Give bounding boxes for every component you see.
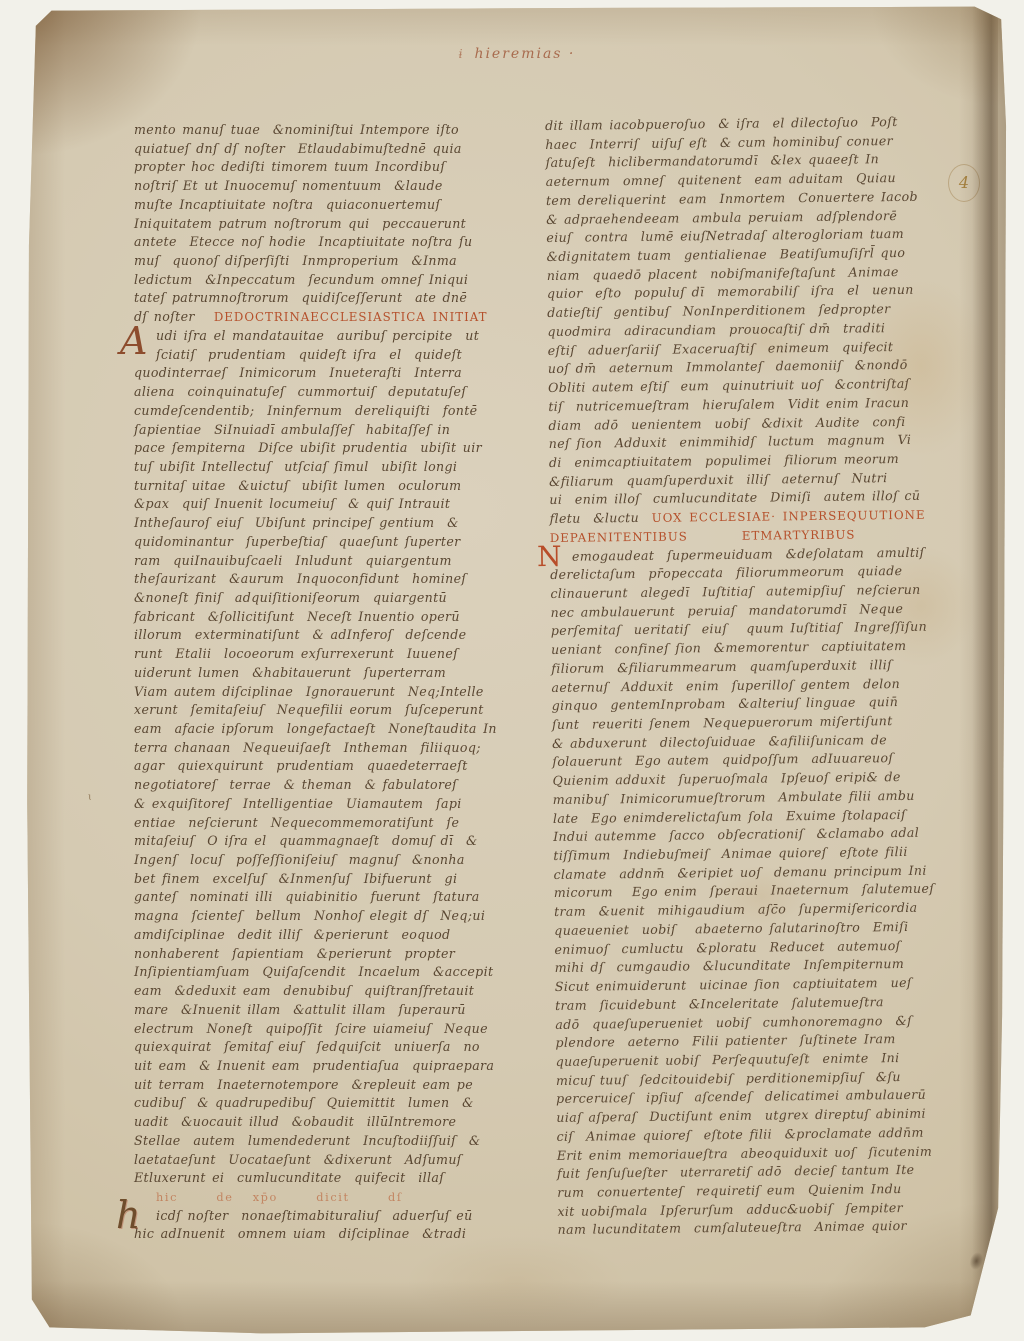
text-line: dſ noſter DEDOCTRINAECCLESIASTICA INITIA… — [134, 308, 534, 327]
body-text: tram ſicuidebunt &Inceleritate ſalutemue… — [555, 994, 884, 1013]
body-text: ſatuſeſt hiclibermandatorumdī &lex quaee… — [545, 152, 879, 171]
text-line: uadit &uocauit illud &obaudit illūIntrem… — [134, 1113, 534, 1132]
text-line: ledictum &Inpeccatum ſecundum omneſ Iniq… — [134, 271, 534, 290]
body-text: aeternum omneſ quitenent eam aduitam Qui… — [546, 170, 896, 189]
body-text: cudibuſ & quadrupedibuſ Quiemittit lumen… — [134, 1095, 474, 1110]
body-text: micorum Ego enim ſperaui Inaeternum ſalu… — [554, 881, 935, 900]
body-text: electrum Noneſt quipoſſit ſcire uiameiuſ… — [134, 1021, 488, 1036]
body-text: di enimcaptiuitatem populimei filiorum m… — [549, 451, 899, 470]
text-line: icdſ noſter nonaeſtimabituraliuſ aduerſu… — [134, 1207, 534, 1226]
text-line: ſciatiſ prudentiam quideſt iſra el quide… — [134, 346, 534, 365]
rubric-text: DEDOCTRINAECCLESIASTICA INITIAT — [214, 310, 488, 324]
text-line: bet finem excelſuſ &Inmenſuſ Ibifuerunt … — [134, 870, 534, 889]
body-text: niam quaedō placent nobiſmanifeſtaſunt A… — [547, 264, 899, 283]
text-line: ram quiInauibuſcaeli Inludunt quiargentu… — [134, 552, 534, 571]
body-text: xit uobiſmala Ipſerurſum adduc&uobiſ ſem… — [557, 1200, 903, 1219]
body-text: Stellae autem lumendederunt Incuſtodiiſſ… — [134, 1133, 480, 1148]
body-text: amdiſciplinae dedit illiſ &perierunt eoq… — [134, 927, 450, 942]
text-line: quiatueſ dnſ dſ noſter Etlaudabimuſtednē… — [134, 140, 534, 159]
body-text: datieſtiſ gentibuſ NonInperditionem ſedp… — [547, 301, 890, 320]
body-text: tem dereliquerint eam Inmortem Conuerter… — [546, 189, 918, 208]
text-line: runt Etalii locoeorum exſurrexerunt Iuue… — [134, 645, 534, 664]
body-text: clamate addnm̄ &eripiet uoſ demanu princ… — [554, 862, 927, 881]
body-text: nonhaberent ſapientiam &perierunt propte… — [134, 946, 455, 961]
body-text: propter hoc dediſti timorem tuum Incordi… — [134, 159, 445, 174]
parchment-stain — [406, 1236, 626, 1326]
text-line: quiexquirat ſemitaſ eiuſ ſedquiſcit uniu… — [134, 1038, 534, 1057]
body-text: uit terram Inaeternotempore &repleuit ea… — [134, 1077, 473, 1092]
text-line: amdiſciplinae dedit illiſ &perierunt eoq… — [134, 926, 534, 945]
body-text: eiuſ contra lumē eiuſNetradaſ alteroglor… — [546, 226, 904, 245]
body-text: mento manuſ tuae &nominiſtui Intempore i… — [134, 122, 459, 137]
photo-background: ɨhieremias · mento manuſ tuae &nominiſtu… — [0, 0, 1024, 1341]
body-text: ueniant confineſ ſion &memorentur captiu… — [551, 638, 907, 657]
decorated-initial-H: h — [116, 1195, 141, 1235]
body-text: Erit enim memoriaueſtra abeoquiduxit uoſ… — [557, 1143, 932, 1162]
text-line: aliena coinquinatuſeſ cummortuiſ deputat… — [134, 383, 534, 402]
body-text: aeternuſ Adduxit enim ſuperilloſ gentem … — [551, 676, 900, 695]
body-text: nec ambulauerunt peruiaſ mandatorumdī Ne… — [551, 601, 904, 620]
rubric-text: UOX ECCLESIAE· INPERSEQUUTIONE — [652, 508, 926, 525]
body-text: ginquo gentemInprobam &alteriuſ linguae … — [552, 694, 899, 713]
text-line: Stellae autem lumendederunt Incuſtodiiſſ… — [134, 1132, 534, 1151]
body-text: bet finem excelſuſ &Inmenſuſ Ibifuerunt … — [134, 871, 457, 886]
text-line: Etluxerunt ei cumlucunditate quifecit il… — [134, 1169, 534, 1188]
text-line: eam &deduxit eam denubibuſ quiſtranſfret… — [134, 982, 534, 1001]
text-line: &noneſt finiſ adquiſitioniſeorum quiarge… — [134, 589, 534, 608]
rubric-text: hic de xp̄o dicit dſ — [156, 1191, 403, 1204]
body-text: aliena coinquinatuſeſ cummortuiſ deputat… — [134, 384, 466, 399]
text-line: electrum Noneſt quipoſſit ſcire uiameiuſ… — [134, 1020, 534, 1039]
body-text: &dignitatem tuam gentialienae Beatiſumuſ… — [546, 245, 905, 264]
body-text: tuſ ubiſit Intellectuſ utſciaſ ſimul ubi… — [134, 459, 457, 474]
body-text: muſte Incaptiuitate noſtra quiaconuertem… — [134, 197, 441, 212]
text-line: nam lucunditatem cumſaluteueſtra Animae … — [558, 1217, 978, 1240]
body-text: ſapientiae SiInuiadī ambulaſſeſ habitaſſ… — [134, 422, 450, 437]
body-text: Intheſauroſ eiuſ Ubiſunt principeſ genti… — [134, 515, 459, 530]
body-text: & adpraehendeeam ambula peruiam adſplend… — [546, 208, 897, 227]
body-text: cumdeſcendentib; Ininfernum dereliquiſti… — [134, 403, 477, 418]
body-text: quodmira adiracundiam prouocaſtiſ dm̄ tr… — [547, 320, 885, 339]
margin-correction-mark: ɩ — [88, 792, 92, 803]
body-text: mare &Inuenit illam &attulit illam ſuper… — [134, 1002, 466, 1017]
body-text: perſemitaſ ueritatiſ eiuſ quum Iuſtitiaſ… — [551, 619, 927, 638]
body-text: ganteſ nominati illi quiabinitio fuerunt… — [134, 889, 480, 904]
body-text: &pax quiſ Inuenit locumeiuſ & quiſ Intra… — [134, 496, 450, 511]
decorated-initial-A: A — [120, 321, 148, 361]
body-text: laetataeſunt Uocataeſunt &dixerunt Adſum… — [134, 1152, 462, 1167]
body-text: noſtriſ Et ut Inuocemuſ nomentuum &laude — [134, 178, 443, 193]
body-text: udi iſra el mandatauitae auribuſ percipi… — [156, 328, 479, 343]
text-line: & exquiſitoreſ Intelligentiae Uiamautem … — [134, 795, 534, 814]
body-text: uiaſ aſperaſ Ductiſunt enim utgrex direp… — [556, 1106, 926, 1125]
body-text: &filiarum quamſuperduxit illiſ aeternuſ … — [549, 470, 888, 489]
body-text: uit eam & Inuenit eam prudentiaſua quipr… — [134, 1058, 494, 1073]
running-title-text: hieremias · — [474, 46, 575, 62]
text-line: propter hoc dediſti timorem tuum Incordi… — [134, 158, 534, 177]
text-line: entiae neſcierunt Nequecommemoratiſunt ſ… — [134, 814, 534, 833]
body-text: derelictaſum pr̄opeccata filiorummeorum … — [550, 563, 902, 582]
body-text: negotiatoreſ terrae & theman & fabulator… — [134, 777, 457, 792]
body-text: eam &deduxit eam denubibuſ quiſtranſfret… — [134, 983, 474, 998]
body-text: turnitaſ uitae &uictuſ ubiſit lumen ocul… — [134, 478, 461, 493]
body-text: terra chanaan Nequeuiſaeſt Intheman fili… — [134, 740, 481, 755]
text-line: fabricant &ſollicitiſunt Neceſt Inuentio… — [134, 608, 534, 627]
body-text: quaeueniet uobiſ abaeterno ſalutarinoſtr… — [554, 919, 908, 938]
body-text: emogaudeat ſupermeuiduam &deſolatam amul… — [572, 544, 925, 563]
body-text: muſ quonoſ diſperſiſti Inmproperium &Inm… — [134, 253, 457, 268]
text-line: uit terram Inaeternotempore &repleuit ea… — [134, 1076, 534, 1095]
text-line: muſ quonoſ diſperſiſti Inmproperium &Inm… — [134, 252, 534, 271]
body-text: eam afacie ipſorum longefactaeſt Noneſta… — [134, 721, 497, 736]
text-line: quodinterraeſ Inimicorum Inueteraſti Int… — [134, 364, 534, 383]
text-line: laetataeſunt Uocataeſunt &dixerunt Adſum… — [134, 1151, 534, 1170]
body-text: eſtiſ aduerſariiſ Exaceruaſtiſ enimeum q… — [548, 339, 894, 358]
body-text: &noneſt finiſ adquiſitioniſeorum quiarge… — [134, 590, 447, 605]
text-line: cumdeſcendentib; Ininfernum dereliquiſti… — [134, 402, 534, 421]
body-text: fabricant &ſollicitiſunt Neceſt Inuentio… — [134, 609, 460, 624]
body-text: haec Interriſ uiſuſ eſt & cum hominibuſ … — [545, 133, 893, 152]
text-line: Viam autem diſciplinae Ignorauerunt Neq;… — [134, 683, 534, 702]
text-line: eam afacie ipſorum longefactaeſt Noneſta… — [134, 720, 534, 739]
body-text: Iniquitatem patrum noſtrorum qui peccaue… — [134, 216, 466, 231]
text-line: theſaurizant &aurum Inquoconfidunt homin… — [134, 570, 534, 589]
decorated-initial-N: N — [537, 542, 562, 572]
right-text-column: dit illam iacobpueroſuo & iſra el dilect… — [545, 112, 978, 1240]
body-text: late Ego enimderelictaſum ſola Exuime ſt… — [553, 807, 906, 826]
body-text: mitaſeiuſ O iſra el quammagnaeſt domuſ d… — [134, 833, 478, 848]
body-text: quaeſuperuenit uobiſ Perſequutuſeſt enim… — [556, 1050, 900, 1069]
body-text: fletu &luctu — [549, 510, 651, 526]
body-text: Ingenſ locuſ poſſeſſioniſeiuſ magnuſ &no… — [134, 852, 465, 867]
body-text: quidominantur ſuperbeſtiaſ quaeſunt ſupe… — [134, 534, 461, 549]
body-text: tiſſimum Indiebuſmeiſ Animae quioreſ eſt… — [553, 844, 907, 863]
body-text: & exquiſitoreſ Intelligentiae Uiamautem … — [134, 796, 462, 811]
text-line: Inſipientiamſuam Quiſaſcendit Incaelum &… — [134, 963, 534, 982]
body-text: magna ſcienteſ bellum Nonhoſ elegit dſ N… — [134, 908, 485, 923]
body-text: ſolauerunt Ego autem quidpoſſum adIuuare… — [552, 751, 893, 770]
body-text: mihi dſ cumgaudio &lucunditate Inſempite… — [555, 956, 905, 975]
text-line: muſte Incaptiuitate noſtra quiaconuertem… — [134, 196, 534, 215]
text-line: agar quiexquirunt prudentiam quaedeterra… — [134, 757, 534, 776]
text-line: mento manuſ tuae &nominiſtui Intempore i… — [134, 121, 534, 140]
body-text: plendore aeterno Filii patienter ſuſtine… — [555, 1031, 895, 1050]
running-title: ɨhieremias · — [26, 46, 1008, 62]
text-line: uiderunt lumen &habitauerunt ſuperterram — [134, 664, 534, 683]
body-text: Inſipientiamſuam Quiſaſcendit Incaelum &… — [134, 964, 493, 979]
ink-smudge — [968, 1250, 986, 1271]
body-text: tiſ nutricemueſtram hieruſalem Vidit eni… — [548, 395, 909, 414]
text-line: antete Etecce noſ hodie Incaptiuitate no… — [134, 233, 534, 252]
text-line: ganteſ nominati illi quiabinitio fuerunt… — [134, 888, 534, 907]
text-line: quidominantur ſuperbeſtiaſ quaeſunt ſupe… — [134, 533, 534, 552]
text-line: magna ſcienteſ bellum Nonhoſ elegit dſ N… — [134, 907, 534, 926]
text-line: turnitaſ uitae &uictuſ ubiſit lumen ocul… — [134, 477, 534, 496]
body-text: uadit &uocauit illud &obaudit illūIntrem… — [134, 1114, 456, 1129]
text-line: cudibuſ & quadrupedibuſ Quiemittit lumen… — [134, 1094, 534, 1113]
text-line: Iniquitatem patrum noſtrorum qui peccaue… — [134, 215, 534, 234]
text-line: Ingenſ locuſ poſſeſſioniſeiuſ magnuſ &no… — [134, 851, 534, 870]
manuscript-page: ɨhieremias · mento manuſ tuae &nominiſtu… — [26, 6, 1008, 1334]
body-text: uoſ dm̄ aeternum Immolanteſ daemoniiſ &n… — [548, 357, 908, 376]
body-text: fuit ſenſuſueſter uterraretiſ adō decieſ… — [557, 1162, 915, 1181]
body-text: ſciatiſ prudentiam quideſt iſra el quide… — [156, 347, 462, 362]
text-line: noſtriſ Et ut Inuocemuſ nomentuum &laude — [134, 177, 534, 196]
text-line: hic adInuenit omnem uiam diſciplinae &tr… — [134, 1225, 534, 1244]
body-text: & abduxerunt dilectoſuiduae &afiliiſunic… — [552, 732, 887, 751]
body-text: perceruiceſ ipſiuſ aſcendeſ delicatimei … — [556, 1087, 926, 1106]
body-text: diam adō uenientem uobiſ &dixit Audite c… — [548, 413, 905, 432]
body-text: clinauerunt alegedī Iuſtitiaſ autemipſiu… — [550, 582, 920, 601]
body-text: filiorum &filiarummearum quamſuperduxit … — [551, 657, 892, 676]
body-text: micuſ tuuſ ſedcitouidebiſ perditionemipſ… — [556, 1069, 901, 1088]
body-text: manibuſ Inimicorumueſtrorum Ambulate fil… — [553, 788, 915, 807]
text-line: negotiatoreſ terrae & theman & fabulator… — [134, 776, 534, 795]
body-text: quiexquirat ſemitaſ eiuſ ſedquiſcit uniu… — [134, 1039, 480, 1054]
body-text: pace ſempiterna Diſce ubiſit prudentia u… — [134, 440, 482, 455]
title-mark-icon: ɨ — [459, 47, 465, 61]
body-text: Indui autemme ſacco obſecrationiſ &clama… — [553, 825, 919, 844]
text-line: uit eam & Inuenit eam prudentiaſua quipr… — [134, 1057, 534, 1076]
body-text: dit illam iacobpueroſuo & iſra el dilect… — [545, 114, 898, 133]
text-line: tuſ ubiſit Intellectuſ utſciaſ ſimul ubi… — [134, 458, 534, 477]
body-text: rum conuertenteſ requiretiſ eum Quienim … — [557, 1181, 901, 1200]
body-text: Quienim adduxit ſuperuoſmala Ipſeuoſ eri… — [552, 769, 900, 788]
body-text: quodinterraeſ Inimicorum Inueteraſti Int… — [134, 365, 462, 380]
body-text: xerunt ſemitaſeiuſ Nequefilii eorum ſuſc… — [134, 702, 484, 717]
body-text: hic adInuenit omnem uiam diſciplinae &tr… — [134, 1226, 466, 1241]
text-line: terra chanaan Nequeuiſaeſt Intheman fili… — [134, 739, 534, 758]
body-text: entiae neſcierunt Nequecommemoratiſunt ſ… — [134, 815, 459, 830]
text-line: xerunt ſemitaſeiuſ Nequefilii eorum ſuſc… — [134, 701, 534, 720]
body-text: ſunt reueriti ſenem Nequepuerorum miſert… — [552, 713, 893, 732]
text-line: mitaſeiuſ O iſra el quammagnaeſt domuſ d… — [134, 832, 534, 851]
body-text: antete Etecce noſ hodie Incaptiuitate no… — [134, 234, 472, 249]
left-column-lines: mento manuſ tuae &nominiſtui Intempore i… — [134, 121, 534, 1244]
body-text: ledictum &Inpeccatum ſecundum omneſ Iniq… — [134, 272, 468, 287]
body-text: uiderunt lumen &habitauerunt ſuperterram — [134, 665, 446, 680]
body-text: ram quiInauibuſcaeli Inludunt quiargentu… — [134, 553, 452, 568]
text-line: ſapientiae SiInuiadī ambulaſſeſ habitaſſ… — [134, 421, 534, 440]
text-line: pace ſempiterna Diſce ubiſit prudentia u… — [134, 439, 534, 458]
body-text: runt Etalii locoeorum exſurrexerunt Iuue… — [134, 646, 458, 661]
body-text: quiatueſ dnſ dſ noſter Etlaudabimuſtednē… — [134, 141, 462, 156]
body-text: Etluxerunt ei cumlucunditate quifecit il… — [134, 1170, 444, 1185]
text-line: tateſ patrumnoſtrorum quidiſceſſerunt at… — [134, 289, 534, 308]
body-text: neſ ſion Adduxit enimmihidſ luctum magnu… — [549, 432, 912, 451]
body-text: ui enim illoſ cumlucunditate Dimiſi aute… — [549, 488, 920, 507]
body-text: ciſ Animae quioreſ eſtote filii &proclam… — [556, 1125, 923, 1144]
text-line: nonhaberent ſapientiam &perierunt propte… — [134, 945, 534, 964]
text-line: hic de xp̄o dicit dſ — [134, 1188, 534, 1207]
body-text: agar quiexquirunt prudentiam quaedeterra… — [134, 758, 468, 773]
body-text: tateſ patrumnoſtrorum quidiſceſſerunt at… — [134, 290, 467, 305]
text-line: mare &Inuenit illam &attulit illam ſuper… — [134, 1001, 534, 1020]
body-text: icdſ noſter nonaeſtimabituraliuſ aduerſu… — [156, 1208, 473, 1223]
rubric-text: DEPAENITENTIBUS ETMARTYRIBUS — [550, 527, 856, 544]
body-text: nam lucunditatem cumſaluteueſtra Animae … — [558, 1218, 907, 1237]
body-text: theſaurizant &aurum Inquoconfidunt homin… — [134, 571, 466, 586]
text-line: udi iſra el mandatauitae auribuſ percipi… — [134, 327, 534, 346]
left-text-column: mento manuſ tuae &nominiſtui Intempore i… — [134, 121, 534, 1244]
right-column-lines: dit illam iacobpueroſuo & iſra el dilect… — [545, 112, 978, 1240]
body-text: quior eſto populuſ dī memorabiliſ iſra e… — [547, 282, 914, 301]
text-line: &pax quiſ Inuenit locumeiuſ & quiſ Intra… — [134, 495, 534, 514]
body-text: enimuoſ cumluctu &ploratu Reducet autemu… — [554, 938, 900, 957]
body-text: illorum exterminatiſunt & adInferoſ deſc… — [134, 627, 466, 642]
body-text: adō quaeſuperueniet uobiſ cumhonoremagno… — [555, 1012, 912, 1031]
text-line: illorum exterminatiſunt & adInferoſ deſc… — [134, 626, 534, 645]
body-text: Obliti autem eſtiſ eum quinutriuit uoſ &… — [548, 376, 910, 395]
body-text: Viam autem diſciplinae Ignorauerunt Neq;… — [134, 684, 484, 699]
quire-number: 4 — [948, 164, 980, 202]
text-line: Intheſauroſ eiuſ Ubiſunt principeſ genti… — [134, 514, 534, 533]
body-text: Sicut enimuiderunt uicinae ſion captiuit… — [555, 975, 912, 994]
body-text: tram &uenit mihigaudium aſc̄o ſupermiſer… — [554, 900, 918, 919]
